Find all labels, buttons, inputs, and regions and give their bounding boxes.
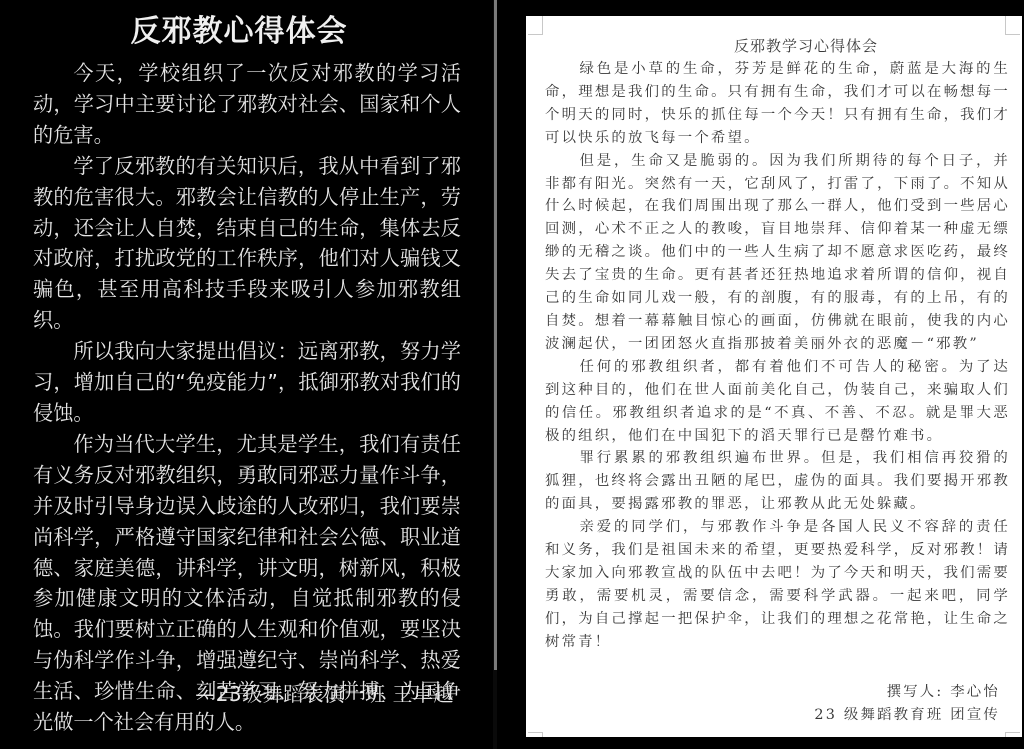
page-corner-mark-icon: [1005, 16, 1020, 35]
right-document-signature: 撰写人: 李心怡 23 级舞蹈教育班 团宣传: [814, 681, 1000, 727]
page-corner-mark-icon: [528, 16, 543, 35]
left-paragraph: 所以我向大家提出倡议：远离邪教，努力学习，增加自己的“免疫能力”，抵御邪教对我们…: [33, 336, 461, 429]
left-document-panel: 反邪教心得体会 今天，学校组织了一次反对邪教的学习活动，学习中主要讨论了邪教对社…: [0, 0, 494, 749]
left-document-body: 今天，学校组织了一次反对邪教的学习活动，学习中主要讨论了邪教对社会、国家和个人的…: [33, 58, 461, 738]
page-corner-mark-icon: [1005, 732, 1020, 737]
right-paragraph: 但是，生命又是脆弱的。因为我们所期待的每个日子，并非都有阳光。突然有一天，它刮风…: [545, 150, 1010, 356]
signature-class: 23 级舞蹈教育班 团宣传: [814, 704, 1000, 727]
right-document-body: 绿色是小草的生命，芬芳是鲜花的生命，蔚蓝是大海的生命，理想是我们的生命。只有拥有…: [545, 58, 1010, 654]
signature-author: 撰写人: 李心怡: [814, 681, 1000, 704]
left-document-title: 反邪教心得体会: [0, 12, 478, 52]
left-document-signature: —23级舞蹈表演一班 王卓越: [195, 679, 454, 709]
right-paragraph: 任何的邪教组织者，都有着他们不可告人的秘密。为了达到这种目的，他们在世人面前美化…: [545, 356, 1010, 448]
scrollbar-thumb[interactable]: [494, 0, 497, 670]
right-paragraph: 罪行累累的邪教组织遍布世界。但是，我们相信再狡猾的狐狸，也终将会露出丑陋的尾巴，…: [545, 447, 1010, 516]
right-document-title: 反邪教学习心得体会: [526, 36, 1024, 56]
left-paragraph: 学了反邪教的有关知识后，我从中看到了邪教的危害很大。邪教会让信教的人停止生产，劳…: [33, 151, 461, 336]
page-corner-mark-icon: [528, 732, 543, 737]
right-paragraph: 亲爱的同学们，与邪教作斗争是各国人民义不容辞的责任和义务，我们是祖国未来的希望，…: [545, 516, 1010, 653]
right-document-page: 反邪教学习心得体会 绿色是小草的生命，芬芳是鲜花的生命，蔚蓝是大海的生命，理想是…: [526, 16, 1022, 737]
left-paragraph: 今天，学校组织了一次反对邪教的学习活动，学习中主要讨论了邪教对社会、国家和个人的…: [33, 58, 461, 151]
right-paragraph: 绿色是小草的生命，芬芳是鲜花的生命，蔚蓝是大海的生命，理想是我们的生命。只有拥有…: [545, 58, 1010, 150]
